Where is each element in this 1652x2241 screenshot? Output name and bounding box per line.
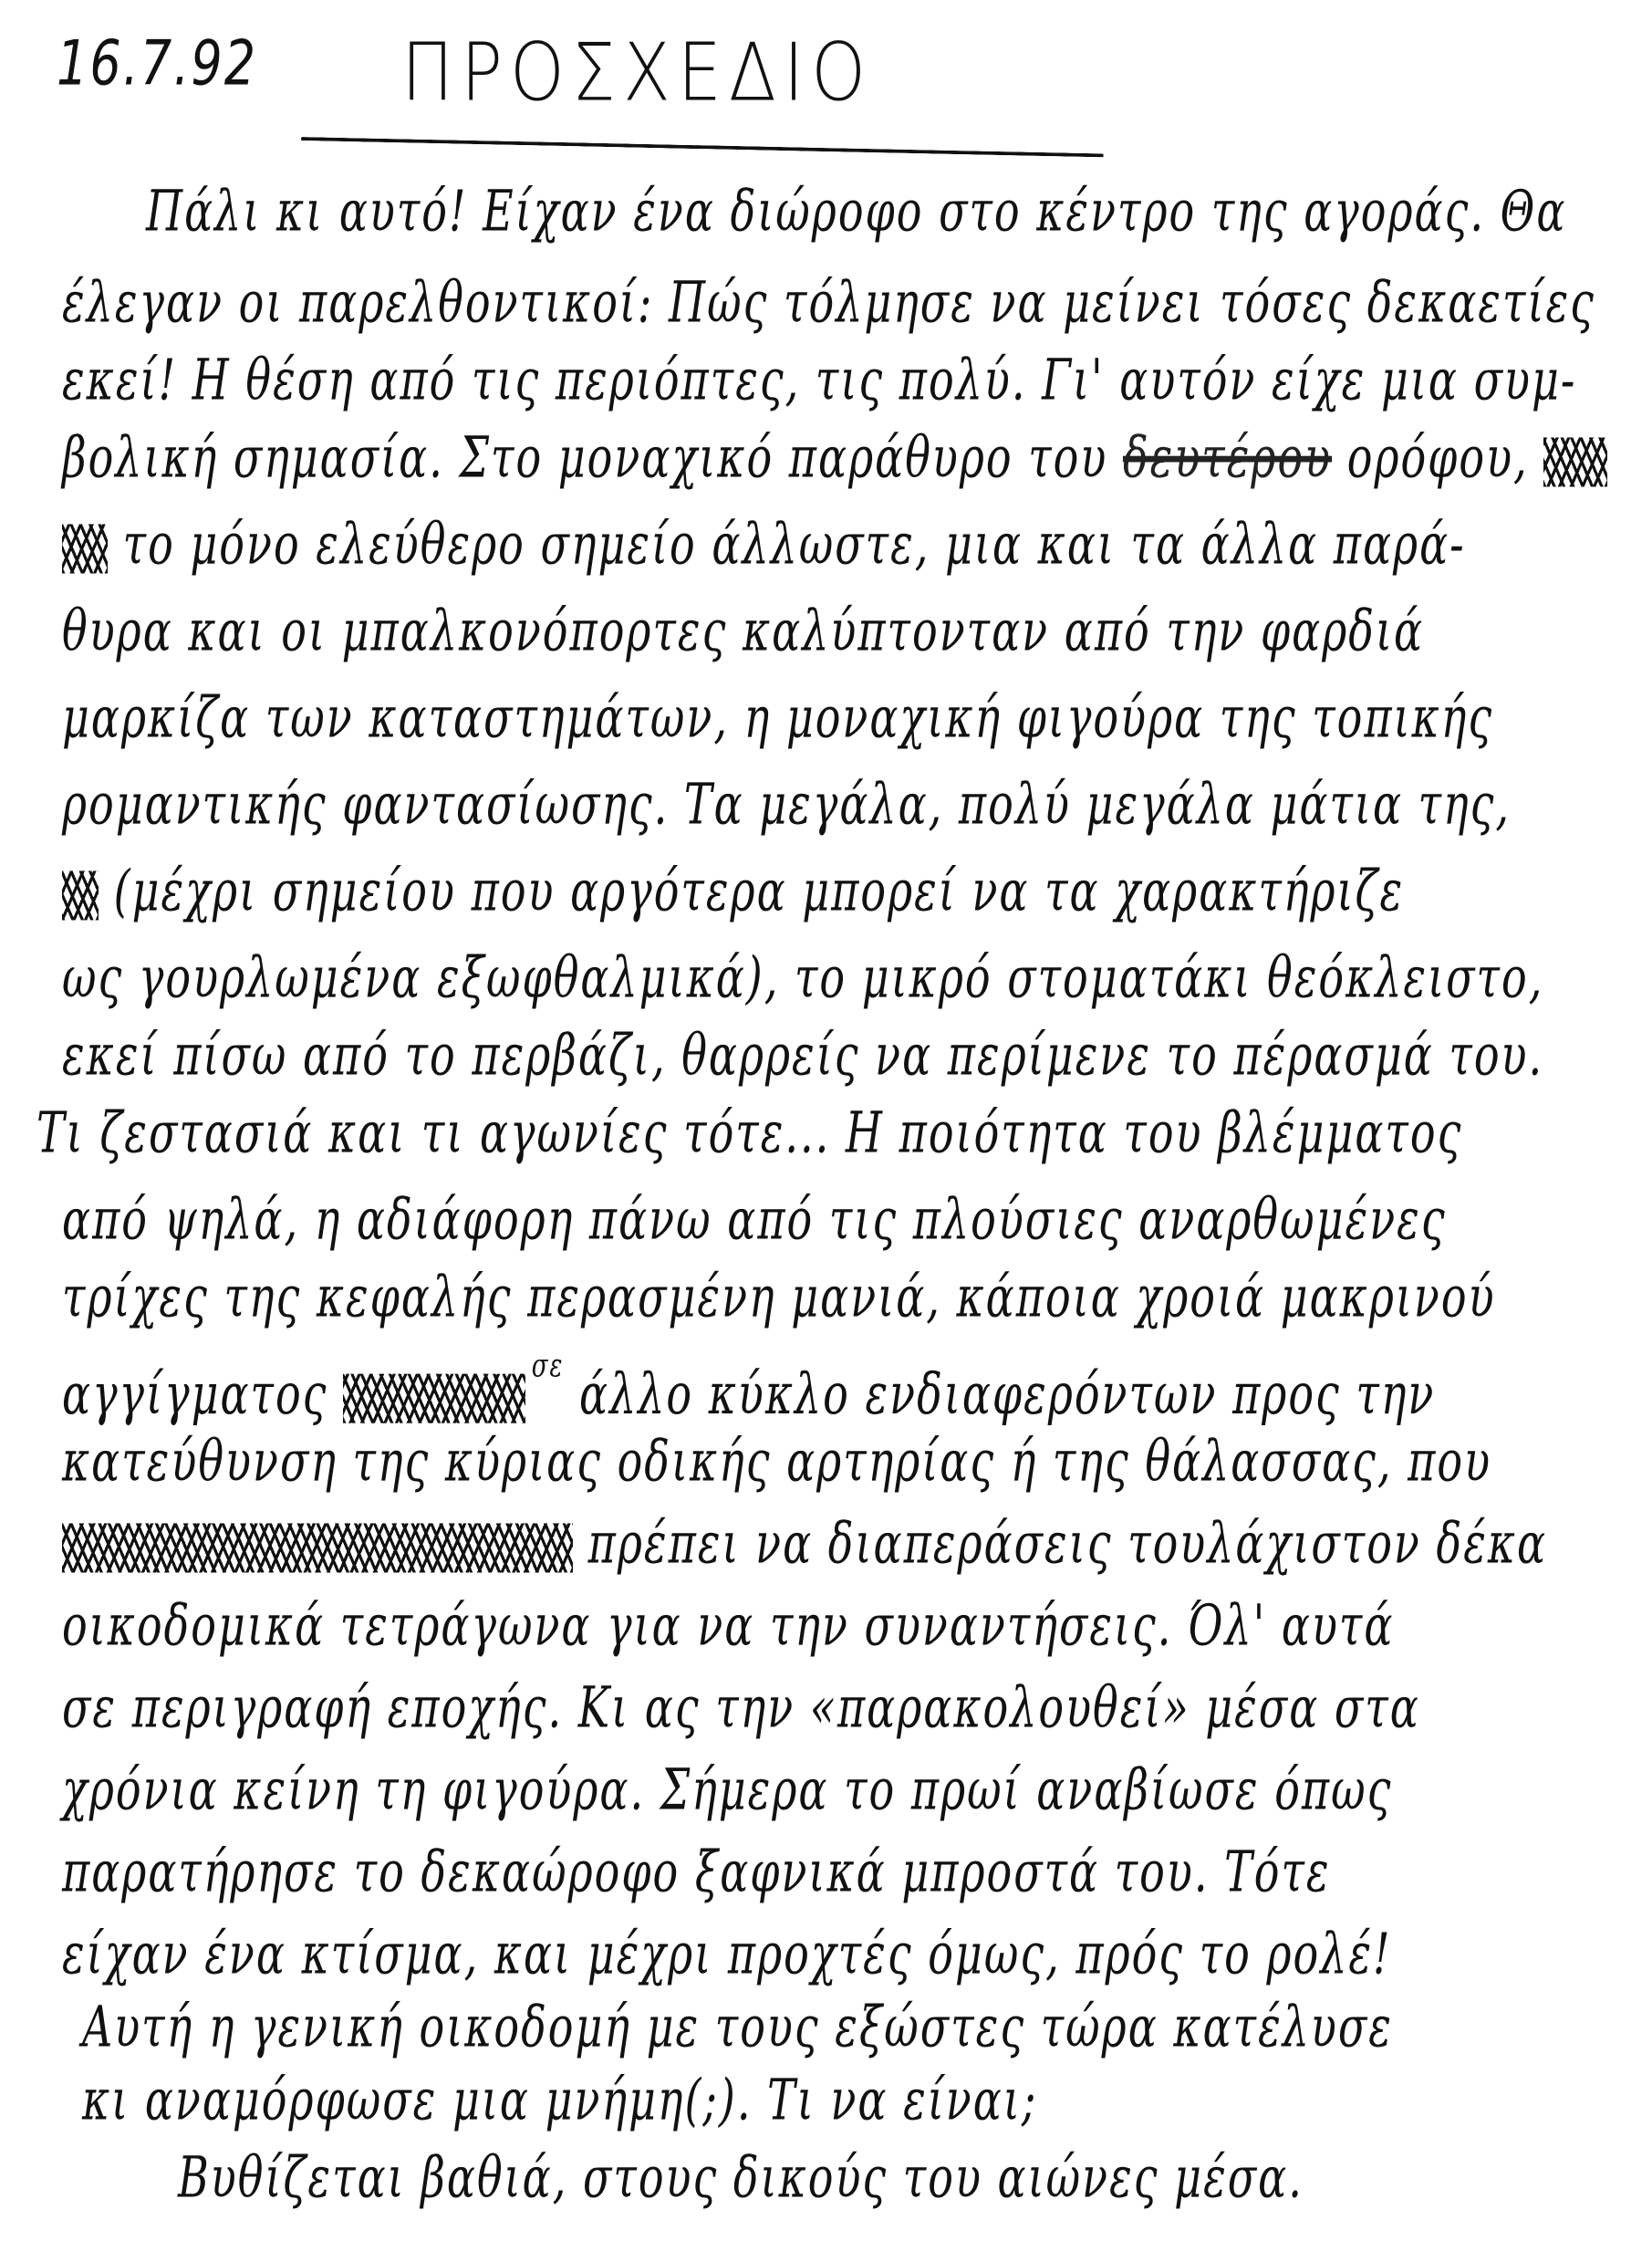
text-line-25: Βυθίζεται βαθιά, στους δικούς του αιώνες… <box>178 2149 1304 2205</box>
text-line-18: οικοδομικά τετράγωνα για να την συναντήσ… <box>62 1597 1394 1653</box>
text-line-11: εκεί πίσω από το περβάζι, θαρρείς να περ… <box>62 1027 1543 1083</box>
text-line-13: από ψηλά, η αδιάφορη πάνω από τις πλούσι… <box>62 1191 1447 1247</box>
text-line-8: ρομαντικής φαντασίωσης. Τα μεγάλα, πολύ … <box>62 776 1511 832</box>
text-line-17: πρέπει να διαπεράσεις τουλάχιστον δέκα <box>62 1515 1547 1572</box>
text-line-9-text: (μέχρι σημείου που αργότερα μπορεί να τα… <box>114 858 1405 924</box>
text-line-15-start: αγγίγματος <box>62 1360 327 1427</box>
text-line-24: κι αναμόρφωσε μια μνήμη(;). Τι να είναι; <box>82 2071 1037 2128</box>
scribble-mark <box>62 870 99 920</box>
text-line-23: Αυτή η γενική οικοδομή με τους εξώστες τ… <box>82 1998 1393 2055</box>
text-line-5: το μόνο ελεύθερο σημείο άλλωστε, μια και… <box>62 516 1466 573</box>
text-line-7: μαρκίζα των καταστημάτων, η μοναχική φιγ… <box>62 689 1493 745</box>
scribble-mark <box>62 1523 573 1572</box>
page-title: ΠΡΟΣΧΕΔΙΟ <box>401 26 873 119</box>
text-line-9: (μέχρι σημείου που αργότερα μπορεί να τα… <box>62 862 1404 920</box>
text-line-22: είχαν ένα κτίσμα, και μέχρι προχτές όμως… <box>62 1925 1392 1982</box>
text-line-1: Πάλι κι αυτό! Είχαν ένα διώροφο στο κέντ… <box>146 182 1566 239</box>
text-line-4-end: ορόφου, <box>1347 424 1529 491</box>
text-line-14: τρίχες της κεφαλής περασμένη μανιά, κάπο… <box>62 1268 1496 1325</box>
text-line-12: Τι ζεστασιά και τι αγωνίες τότε... Η ποι… <box>36 1104 1462 1161</box>
text-line-16: κατεύθυνση της κύριας οδικής αρτηρίας ή … <box>62 1433 1491 1489</box>
text-line-10: ως γουρλωμένα εξωφθαλμικά), το μικρό στο… <box>62 949 1543 1006</box>
scribble-mark <box>343 1374 525 1423</box>
text-line-6: θυρα και οι μπαλκονόπορτες καλύπτονταν α… <box>62 602 1424 659</box>
text-line-19: σε περιγραφή εποχής. Κι ας την «παρακολο… <box>62 1679 1420 1735</box>
date: 16.7.92 <box>57 27 257 99</box>
text-line-2: έλεγαν οι παρελθοντικοί: Πώς τόλμησε να … <box>62 274 1595 330</box>
text-line-4: βολική σημασία. Στο μοναχικό παράθυρο το… <box>62 429 1607 486</box>
scribble-mark <box>1543 437 1607 486</box>
text-line-15: αγγίγματος σε άλλο κύκλο ενδιαφερόντων π… <box>62 1350 1435 1423</box>
text-line-17-text: πρέπει να διαπεράσεις τουλάχιστον δέκα <box>588 1510 1547 1577</box>
text-line-21: παρατήρησε το δεκαώροφο ξαφνικά μπροστά … <box>62 1843 1331 1900</box>
text-line-5-text: το μόνο ελεύθερο σημείο άλλωστε, μια και… <box>123 511 1466 578</box>
manuscript-page: 16.7.92 ΠΡΟΣΧΕΔΙΟ Πάλι κι αυτό! Είχαν έν… <box>0 0 1652 2241</box>
scribble-mark <box>62 524 108 573</box>
text-line-3: εκεί! Η θέση από τις περιόπτες, τις πολύ… <box>62 351 1576 408</box>
insertion: σε <box>532 1348 565 1385</box>
title-underline <box>301 137 1104 157</box>
text-line-4-start: βολική σημασία. Στο μοναχικό παράθυρο το… <box>62 424 1107 491</box>
text-line-20: χρόνια κείνη τη φιγούρα. Σήμερα το πρωί … <box>62 1761 1392 1818</box>
text-line-15-end: άλλο κύκλο ενδιαφερόντων προς την <box>579 1360 1435 1427</box>
struck-word: δευτέρου <box>1123 424 1332 491</box>
